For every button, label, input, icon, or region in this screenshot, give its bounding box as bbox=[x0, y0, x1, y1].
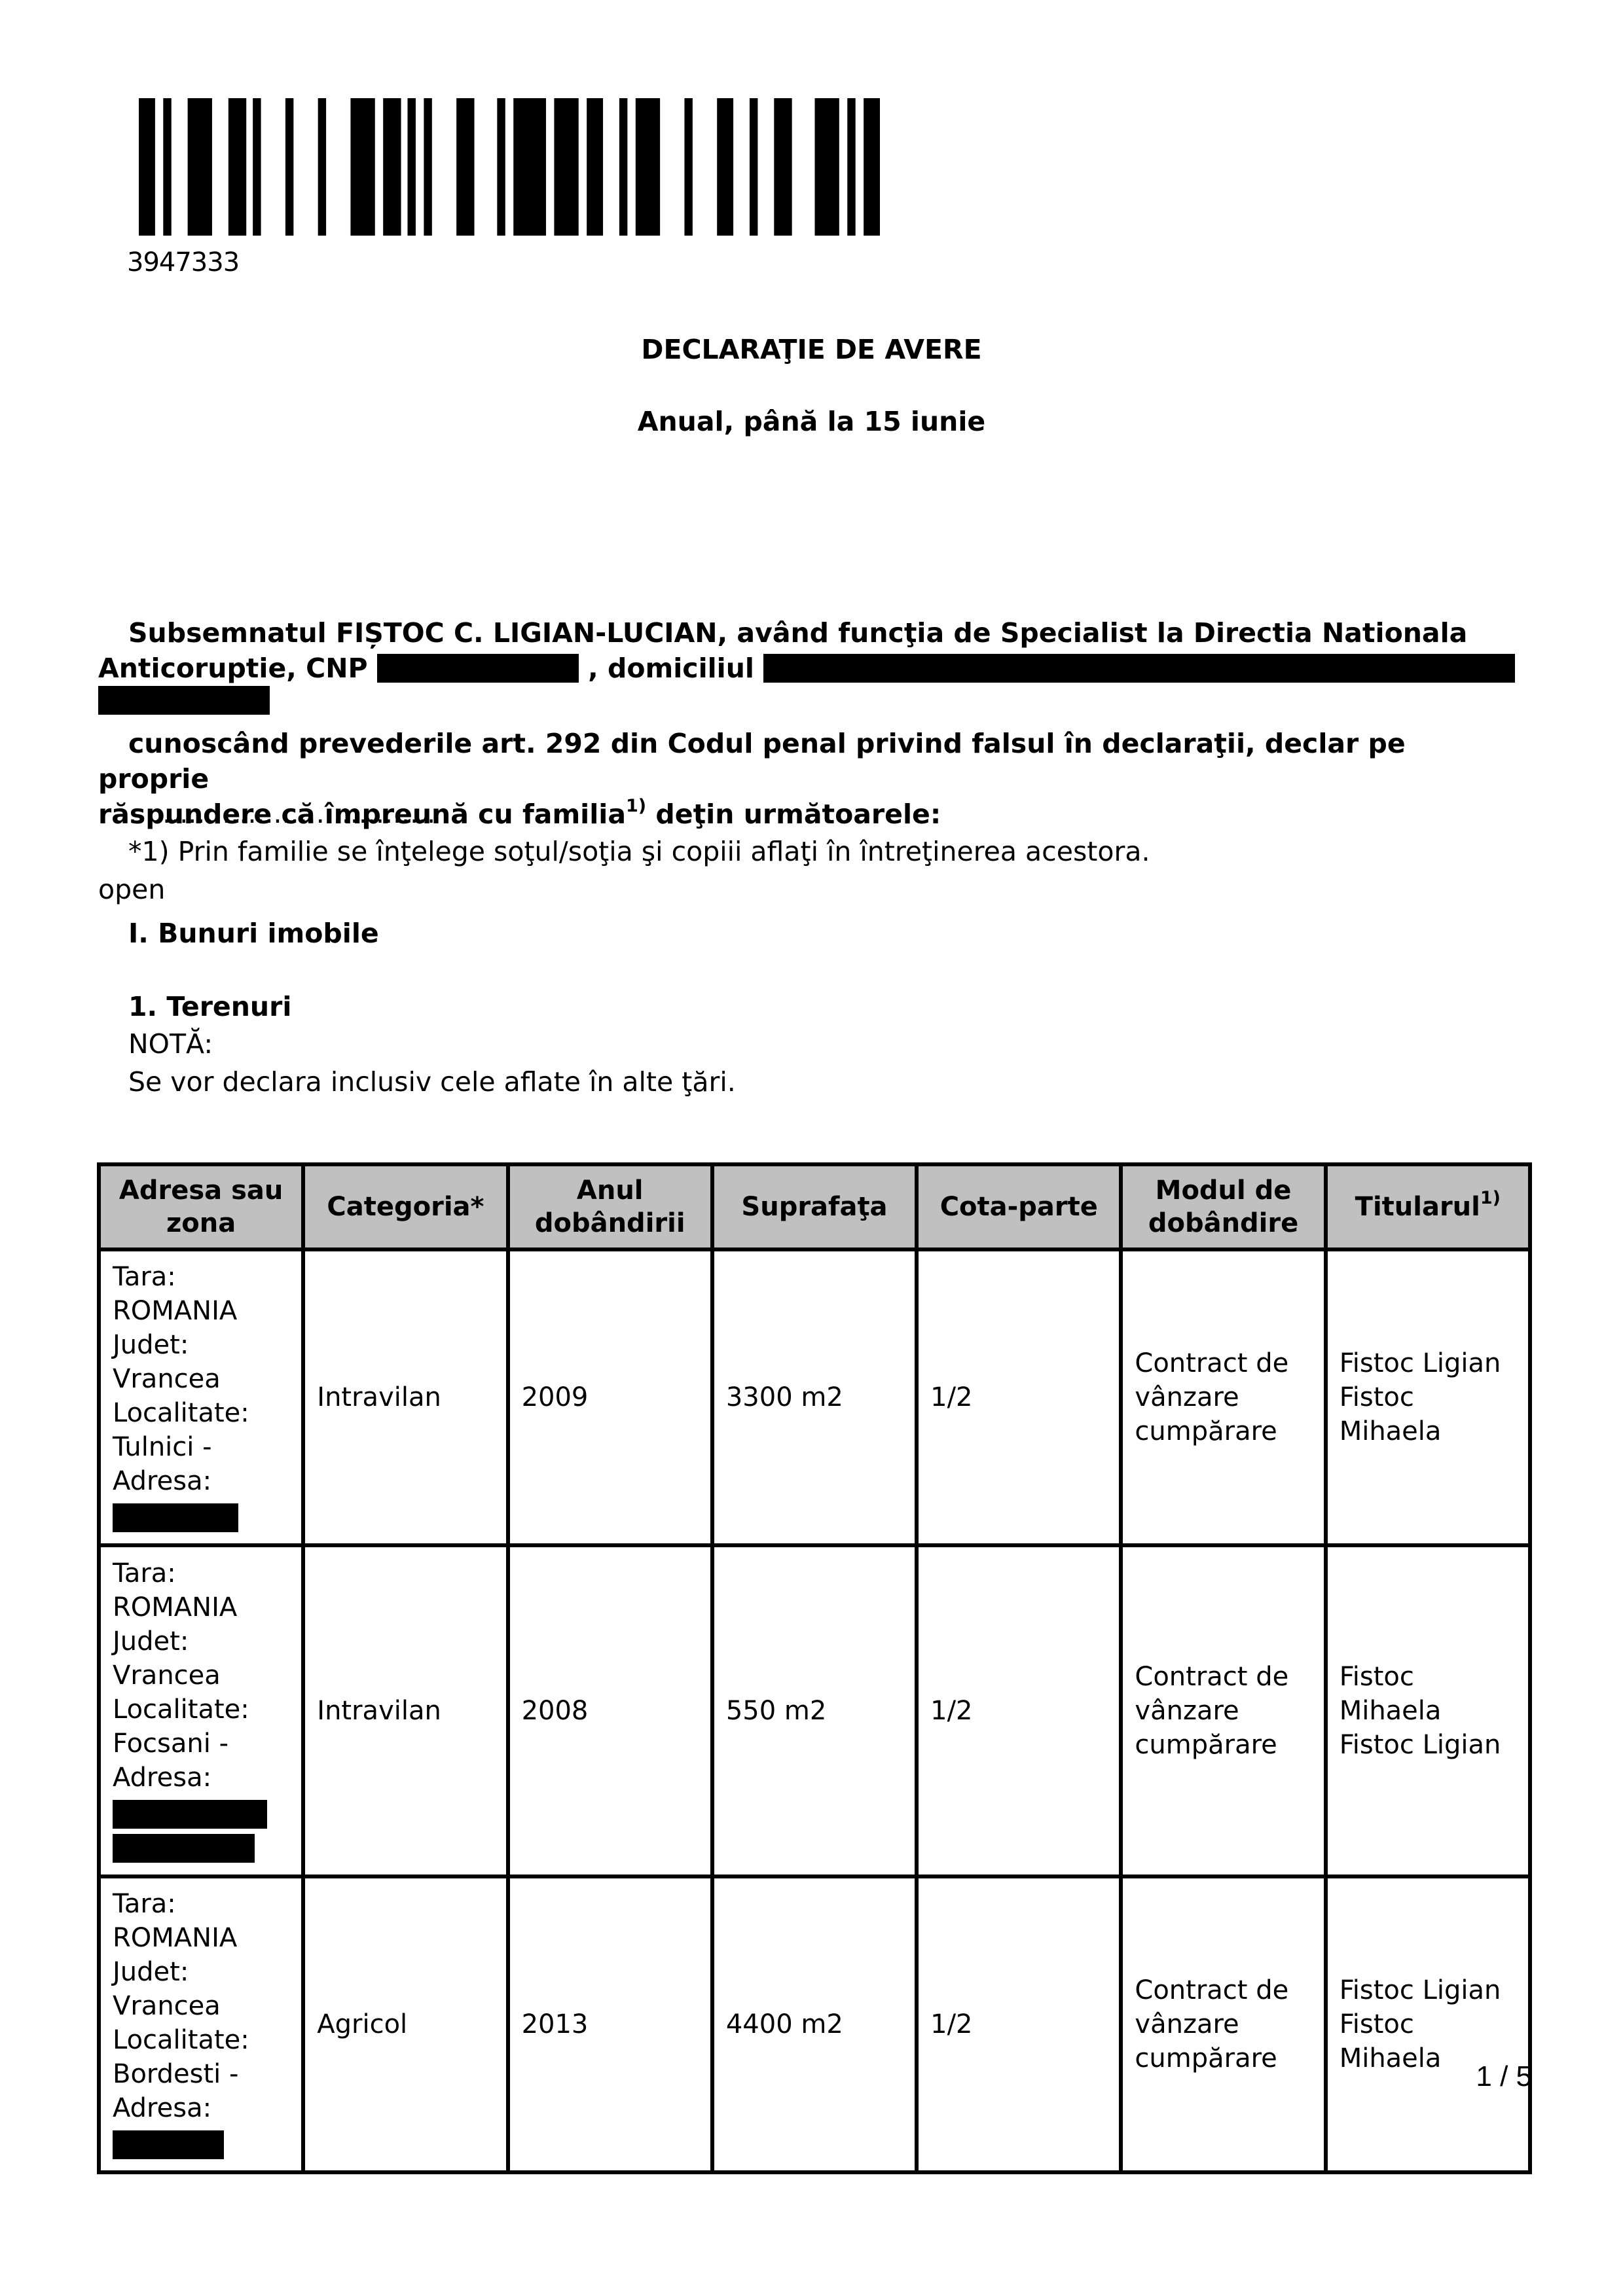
redacted-address-continued bbox=[98, 686, 270, 715]
document-subtitle: Anual, până la 15 iunie bbox=[0, 406, 1623, 437]
declarant-line-3: cunoscând prevederile art. 292 din Codul… bbox=[98, 728, 1406, 795]
cell-year: 2009 bbox=[508, 1249, 712, 1545]
cell-acquisition: Contract devânzarecumpărare bbox=[1121, 1876, 1325, 2172]
footnote-ref: 1) bbox=[626, 796, 646, 816]
open-marker: open bbox=[98, 872, 165, 907]
section-heading: I. Bunuri imobile bbox=[128, 918, 379, 949]
cell-area: 4400 m2 bbox=[712, 1876, 917, 2172]
col-holder: Titularul1) bbox=[1326, 1164, 1530, 1249]
redacted-address bbox=[113, 1503, 238, 1532]
cell-holder: Fistoc LigianFistocMihaela bbox=[1326, 1876, 1530, 2172]
table-header-row: Adresa sau zona Categoria* Anul dobândir… bbox=[99, 1164, 1530, 1249]
cell-address: Tara:ROMANIAJudet:VranceaLocalitate:Bord… bbox=[99, 1876, 303, 2172]
cell-share: 1/2 bbox=[917, 1249, 1121, 1545]
table-row: Tara:ROMANIAJudet:VranceaLocalitate:Focs… bbox=[99, 1545, 1530, 1876]
cell-holder: FistocMihaelaFistoc Ligian bbox=[1326, 1545, 1530, 1876]
barcode-number: 3947333 bbox=[127, 247, 239, 278]
cell-acquisition: Contract devânzarecumpărare bbox=[1121, 1545, 1325, 1876]
col-acquisition: Modul de dobândire bbox=[1121, 1164, 1325, 1249]
col-share: Cota-parte bbox=[917, 1164, 1121, 1249]
barcode bbox=[139, 98, 880, 236]
note-text: Se vor declara inclusiv cele aflate în a… bbox=[128, 1064, 736, 1100]
table-row: Tara:ROMANIAJudet:VranceaLocalitate:Tuln… bbox=[99, 1249, 1530, 1545]
dotted-line: .................................... bbox=[128, 796, 435, 831]
redacted-cnp bbox=[377, 654, 579, 683]
cell-holder: Fistoc LigianFistocMihaela bbox=[1326, 1249, 1530, 1545]
redacted-address bbox=[763, 654, 1515, 683]
cell-year: 2008 bbox=[508, 1545, 712, 1876]
declarant-line-1: Subsemnatul FIȘTOC C. LIGIAN-LUCIAN, avâ… bbox=[128, 617, 1467, 649]
document-title: DECLARAŢIE DE AVERE bbox=[0, 334, 1623, 365]
cell-share: 1/2 bbox=[917, 1545, 1121, 1876]
redacted-address bbox=[113, 2130, 224, 2159]
cell-category: Intravilan bbox=[303, 1249, 507, 1545]
cell-address: Tara:ROMANIAJudet:VranceaLocalitate:Tuln… bbox=[99, 1249, 303, 1545]
note-label: NOTĂ: bbox=[128, 1026, 213, 1062]
redacted-address bbox=[113, 1800, 267, 1829]
redacted-address bbox=[113, 1834, 255, 1863]
cell-acquisition: Contract devânzarecumpărare bbox=[1121, 1249, 1325, 1545]
cell-share: 1/2 bbox=[917, 1876, 1121, 2172]
land-table: Adresa sau zona Categoria* Anul dobândir… bbox=[97, 1162, 1532, 2174]
cell-area: 3300 m2 bbox=[712, 1249, 917, 1545]
cell-address: Tara:ROMANIAJudet:VranceaLocalitate:Focs… bbox=[99, 1545, 303, 1876]
col-category: Categoria* bbox=[303, 1164, 507, 1249]
declarant-line-2b: , domiciliul bbox=[588, 653, 754, 684]
subsection-heading: 1. Terenuri bbox=[128, 991, 291, 1022]
page-indicator: 1 / 5 bbox=[1476, 2060, 1532, 2093]
family-footnote: *1) Prin familie se înţelege soţul/soţia… bbox=[128, 834, 1150, 869]
col-area: Suprafaţa bbox=[712, 1164, 917, 1249]
cell-year: 2013 bbox=[508, 1876, 712, 2172]
table-row: Tara:ROMANIAJudet:VranceaLocalitate:Bord… bbox=[99, 1876, 1530, 2172]
declarant-line-4b: deţin următoarele: bbox=[646, 798, 941, 830]
cell-category: Intravilan bbox=[303, 1545, 507, 1876]
cell-area: 550 m2 bbox=[712, 1545, 917, 1876]
col-address: Adresa sau zona bbox=[99, 1164, 303, 1249]
cell-category: Agricol bbox=[303, 1876, 507, 2172]
col-year: Anul dobândirii bbox=[508, 1164, 712, 1249]
declarant-line-2a: Anticoruptie, CNP bbox=[98, 653, 368, 684]
